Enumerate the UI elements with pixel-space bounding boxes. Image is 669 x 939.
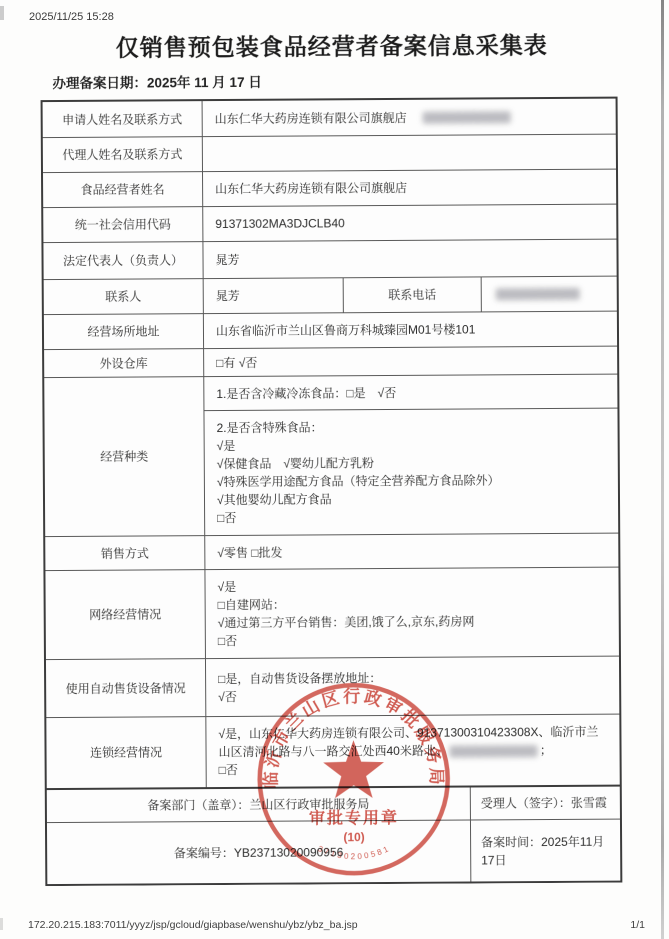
sales-mode-value: √零售 □批发 — [205, 534, 618, 570]
chain-text-after: ； — [540, 743, 552, 757]
special-line: 2.是否含特殊食品： — [217, 417, 606, 437]
table-row-business-types: 经营种类 1.是否含冷藏冷冻食品：□是 √否 2.是否含特殊食品： √是 √保健… — [44, 374, 618, 536]
online-value: √是 □自建网站： √通过第三方平台销售：美团,饿了么,京东,药房网 □否 — [205, 568, 619, 659]
legal-rep-label: 法定代表人（负责人） — [43, 242, 203, 279]
online-line: √是 — [217, 576, 606, 596]
receiver-cell: 受理人（签字）：张雪霞 — [471, 787, 620, 820]
applicant-name: 山东仁华大药房连锁有限公司旗舰店 — [215, 108, 407, 127]
page-title: 仅销售预包装食品经营者备案信息采集表 — [0, 26, 666, 63]
online-label: 网络经营情况 — [45, 570, 206, 659]
agent-label: 代理人姓名及联系方式 — [43, 137, 203, 172]
registration-form-table: 申请人姓名及联系方式 山东仁华大药房连锁有限公司旗舰店 代理人姓名及联系方式 食… — [41, 97, 623, 887]
scan-artifact — [0, 6, 4, 20]
table-row-credit-code: 统一社会信用代码 91371302MA3DJCLB40 — [43, 204, 616, 242]
redacted-phone — [423, 111, 511, 124]
operator-name-value: 山东仁华大药房连锁有限公司旗舰店 — [203, 170, 616, 207]
page-indicator: 1/1 — [630, 919, 645, 931]
vending-value: □是，自动售货设备摆放地址： √否 — [206, 657, 619, 717]
redacted-phone — [450, 745, 538, 758]
address-value: 山东省临沂市兰山区鲁商万科城臻园M01号楼101 — [204, 312, 617, 349]
table-row-warehouse: 外设仓库 □有 √否 — [44, 346, 617, 377]
table-row-dept: 备案部门（盖章）：兰山区行政审批服务局 受理人（签字）：张雪霞 — [47, 785, 620, 822]
vending-line: □是，自动售货设备摆放地址： — [218, 667, 607, 687]
table-row-vending: 使用自动售货设备情况 □是，自动售货设备摆放地址： √否 — [46, 656, 619, 717]
applicant-value: 山东仁华大药房连锁有限公司旗舰店 — [203, 99, 616, 137]
scan-edge — [661, 0, 664, 939]
redacted-phone — [496, 288, 580, 301]
business-types-label: 经营种类 — [44, 377, 205, 536]
agent-value — [203, 135, 616, 172]
table-row-legal-rep: 法定代表人（负责人） 晁芳 — [43, 239, 616, 279]
warehouse-value: □有 √否 — [204, 347, 617, 377]
table-row-agent: 代理人姓名及联系方式 — [43, 134, 616, 172]
contact-phone-value — [482, 277, 617, 312]
scan-artifact — [0, 918, 3, 930]
table-row-online: 网络经营情况 √是 □自建网站： √通过第三方平台销售：美团,饿了么,京东,药房… — [45, 567, 619, 659]
credit-code-value: 91371302MA3DJCLB40 — [203, 205, 616, 242]
special-line: √是 — [217, 435, 606, 455]
table-row-sales-mode: 销售方式 √零售 □批发 — [45, 533, 618, 570]
contact-label: 联系人 — [44, 279, 204, 314]
filing-time-cell: 备案时间：2025年11月17日 — [471, 820, 620, 882]
filing-date-line: 办理备案日期：2025年 11 月 17 日 — [52, 71, 261, 92]
chain-value: √是，山东仁华大药房连锁有限公司、91371300310423308X、临沂市兰… — [206, 715, 619, 788]
special-line: √特殊医学用途配方食品（特定全营养配方食品除外） — [217, 471, 606, 491]
special-line: √保健食品 √婴幼儿配方乳粉 — [217, 453, 606, 473]
table-row-address: 经营场所地址 山东省临沂市兰山区鲁商万科城臻园M01号楼101 — [44, 311, 617, 349]
legal-rep-value: 晁芳 — [203, 240, 616, 279]
sales-mode-label: 销售方式 — [45, 536, 205, 570]
online-line: □自建网站： — [218, 594, 607, 614]
cold-food-line: 1.是否含冷藏冷冻食品：□是 √否 — [204, 375, 617, 411]
print-url: 172.20.215.183:7011/yyyz/jsp/gcloud/giap… — [28, 919, 358, 931]
table-row-applicant: 申请人姓名及联系方式 山东仁华大药房连锁有限公司旗舰店 — [43, 99, 616, 137]
special-line: √其他婴幼儿配方食品 — [217, 489, 606, 509]
operator-name-label: 食品经营者姓名 — [43, 172, 203, 207]
table-row-chain: 连锁经营情况 √是，山东仁华大药房连锁有限公司、9137130031042330… — [46, 714, 619, 788]
contact-phone-label: 联系电话 — [344, 277, 482, 312]
table-row-number: 备案编号：YB23713020090956 备案时间：2025年11月17日 — [47, 819, 620, 884]
business-types-cells: 1.是否含冷藏冷冻食品：□是 √否 2.是否含特殊食品： √是 √保健食品 √婴… — [204, 375, 618, 536]
filing-number-cell: 备案编号：YB23713020090956 — [47, 820, 471, 884]
table-row-operator-name: 食品经营者姓名 山东仁华大药房连锁有限公司旗舰店 — [43, 169, 616, 207]
chain-no-option: □否 — [219, 759, 608, 779]
dept-stamp-cell: 备案部门（盖章）：兰山区行政审批服务局 — [47, 787, 471, 822]
scanned-page: 2025/11/25 15:28 仅销售预包装食品经营者备案信息采集表 办理备案… — [0, 0, 669, 939]
warehouse-label: 外设仓库 — [44, 349, 204, 377]
online-line: □否 — [218, 630, 607, 650]
table-row-contact: 联系人 晁芳 联系电话 — [44, 276, 617, 314]
online-line: √通过第三方平台销售：美团,饿了么,京东,药房网 — [218, 612, 607, 632]
vending-label: 使用自动售货设备情况 — [46, 659, 206, 717]
address-label: 经营场所地址 — [44, 314, 204, 349]
chain-label: 连锁经营情况 — [46, 717, 206, 788]
print-footer: 172.20.215.183:7011/yyyz/jsp/gcloud/giap… — [28, 919, 645, 931]
applicant-label: 申请人姓名及联系方式 — [43, 101, 203, 137]
special-food-lines: 2.是否含特殊食品： √是 √保健食品 √婴幼儿配方乳粉 √特殊医学用途配方食品… — [204, 408, 618, 536]
contact-value: 晁芳 — [204, 278, 344, 313]
credit-code-label: 统一社会信用代码 — [43, 207, 203, 242]
vending-line: √否 — [218, 685, 607, 705]
special-line: □否 — [217, 507, 606, 527]
print-timestamp: 2025/11/25 15:28 — [29, 11, 114, 23]
